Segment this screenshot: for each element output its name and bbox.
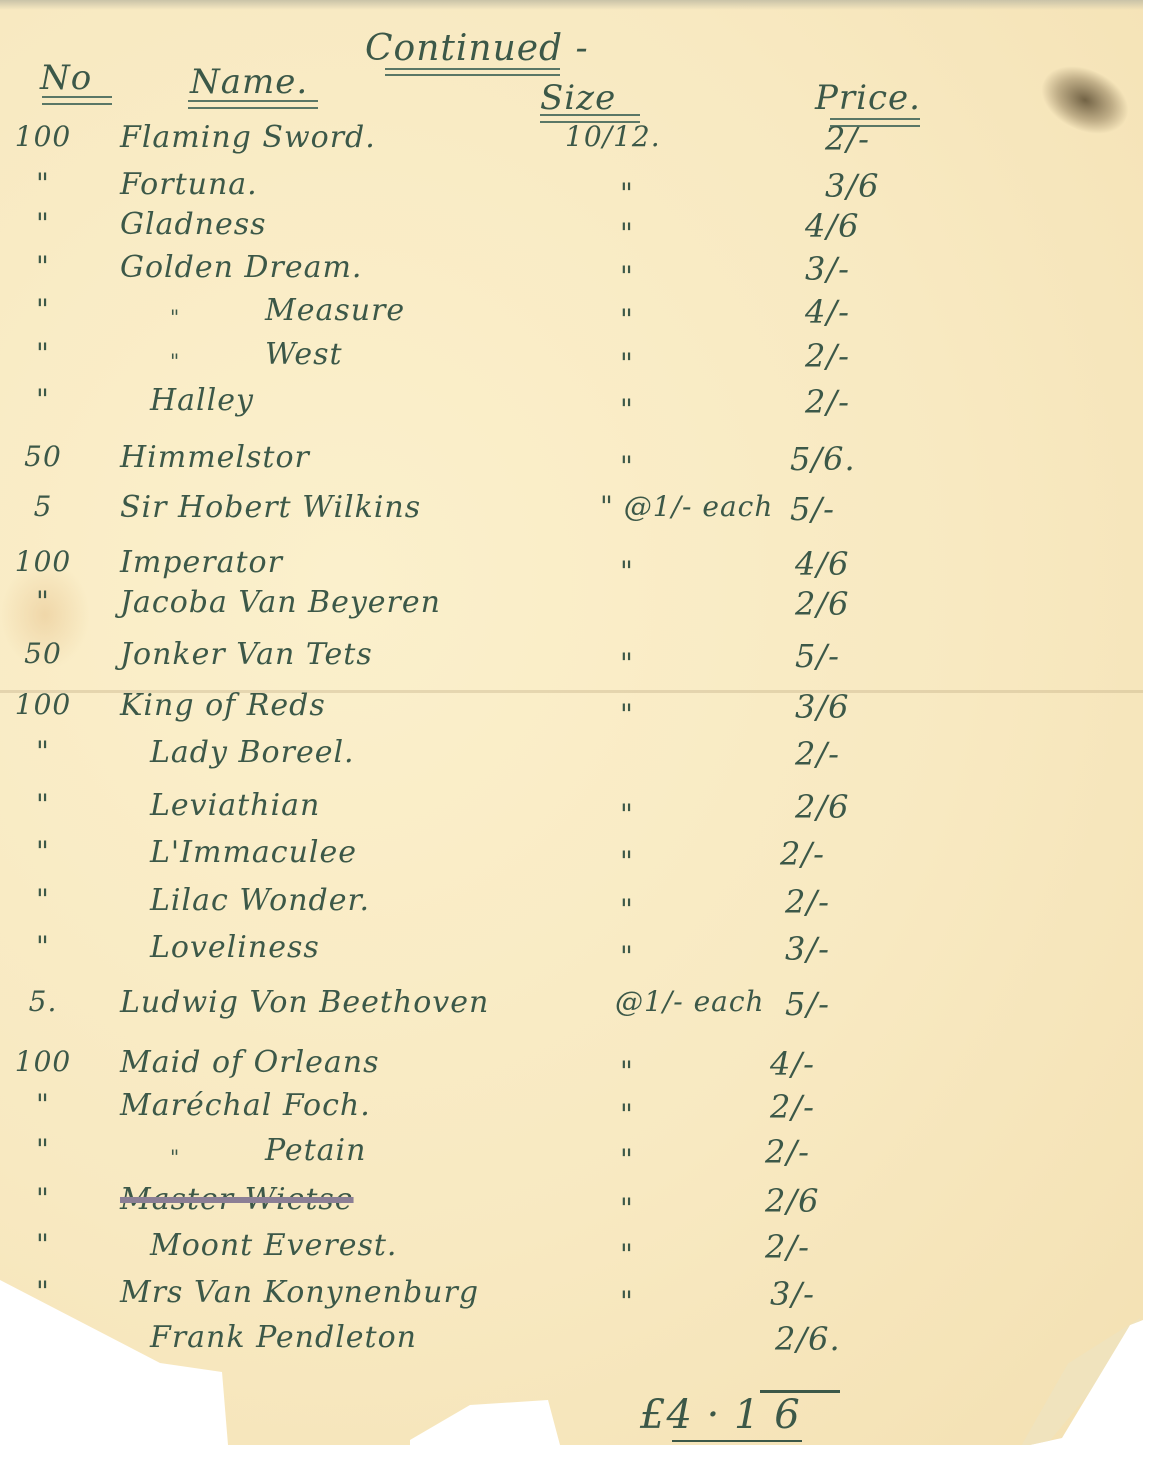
- row-price: 3/-: [785, 930, 830, 968]
- row-name: Gladness: [120, 207, 267, 242]
- row-size: ": [620, 450, 634, 483]
- scan-edge-shadow: [0, 0, 1150, 10]
- table-row: "Lady Boreel.2/-: [0, 735, 1150, 783]
- row-quantity: ": [8, 293, 78, 326]
- row-quantity: ": [8, 1320, 78, 1353]
- row-size: ": [620, 1285, 634, 1318]
- row-price: 3/-: [770, 1275, 815, 1313]
- row-quantity: ": [8, 1228, 78, 1261]
- row-name: Flaming Sword.: [120, 120, 376, 155]
- row-price: 2/-: [805, 337, 850, 375]
- row-name: West: [265, 337, 343, 372]
- paper-sheet: Continued - No Name. Size Price. 100Flam…: [0, 0, 1150, 1458]
- row-size: ": [620, 347, 634, 380]
- row-size: ": [620, 555, 634, 588]
- row-size: ": [620, 1238, 634, 1271]
- row-quantity: ": [8, 1088, 78, 1121]
- row-size: ": [620, 260, 634, 293]
- row-price: 2/-: [780, 835, 825, 873]
- title-underline: [385, 68, 560, 76]
- row-name: Moont Everest.: [150, 1228, 397, 1263]
- row-quantity: 100: [8, 120, 78, 153]
- row-name: Lady Boreel.: [150, 735, 355, 770]
- table-row: "L'Immaculee"2/-: [0, 835, 1150, 883]
- table-row: "Loveliness"3/-: [0, 930, 1150, 978]
- table-row: "Jacoba Van Beyeren2/6: [0, 585, 1150, 633]
- row-size: ": [620, 940, 634, 973]
- name-ditto-mark: ": [170, 349, 180, 373]
- row-quantity: ": [8, 585, 78, 618]
- row-quantity: ": [8, 788, 78, 821]
- table-row: 5.Ludwig Von Beethoven@1/- each5/-: [0, 985, 1150, 1033]
- row-size: ": [620, 1192, 634, 1225]
- row-price: 2/-: [795, 735, 840, 773]
- table-row: "Moont Everest."2/-: [0, 1228, 1150, 1276]
- row-name: Jacoba Van Beyeren: [120, 585, 441, 620]
- header-price: Price.: [815, 78, 921, 118]
- row-size: ": [620, 893, 634, 926]
- row-quantity: ": [8, 930, 78, 963]
- row-quantity: 50: [8, 440, 78, 473]
- row-name: Sir Hobert Wilkins: [120, 490, 421, 525]
- row-name: Jonker Van Tets: [120, 637, 373, 672]
- row-name: Maréchal Foch.: [120, 1088, 371, 1123]
- table-row: "Mrs Van Konynenburg"3/-: [0, 1275, 1150, 1323]
- table-row: "Master Wietse"2/6: [0, 1182, 1150, 1230]
- grand-total: £4 · 1 6: [640, 1392, 801, 1438]
- row-price: 5/-: [790, 490, 835, 528]
- row-name: Maid of Orleans: [120, 1045, 380, 1080]
- table-row: 100Maid of Orleans"4/-: [0, 1045, 1150, 1093]
- page-title: Continued -: [365, 28, 589, 69]
- row-quantity: ": [8, 250, 78, 283]
- row-price: 3/6: [795, 688, 850, 726]
- row-quantity: ": [8, 1275, 78, 1308]
- row-price: 2/6: [765, 1182, 820, 1220]
- row-quantity: ": [8, 883, 78, 916]
- row-size: ": [620, 647, 634, 680]
- row-quantity: ": [8, 735, 78, 768]
- header-size: Size: [540, 78, 616, 118]
- name-ditto-mark: ": [170, 305, 180, 329]
- row-name: Ludwig Von Beethoven: [120, 985, 489, 1020]
- header-name-underline: [188, 100, 318, 109]
- row-price: 5/6.: [790, 440, 856, 478]
- row-quantity: ": [8, 1133, 78, 1166]
- row-name: L'Immaculee: [150, 835, 357, 870]
- row-size: ": [620, 393, 634, 426]
- row-size: ": [620, 698, 634, 731]
- row-price: 2/-: [805, 383, 850, 421]
- row-size: 10/12.: [565, 120, 661, 153]
- table-row: "Gladness"4/6: [0, 207, 1150, 255]
- row-price: 2/-: [765, 1228, 810, 1266]
- table-row: "Lilac Wonder."2/-: [0, 883, 1150, 931]
- row-price: 2/6: [795, 585, 850, 623]
- total-underline: [672, 1440, 802, 1442]
- row-price: 4/6: [805, 207, 860, 245]
- row-name: Imperator: [120, 545, 283, 580]
- row-name: Lilac Wonder.: [150, 883, 370, 918]
- row-quantity: ": [8, 337, 78, 370]
- row-name: Leviathian: [150, 788, 320, 823]
- table-row: "Maréchal Foch."2/-: [0, 1088, 1150, 1136]
- header-no-underline: [42, 96, 112, 105]
- row-quantity: ": [8, 835, 78, 868]
- header-name: Name.: [190, 62, 308, 102]
- row-price: 2/-: [785, 883, 830, 921]
- row-price: 3/6: [825, 167, 880, 205]
- row-quantity: 100: [8, 1045, 78, 1078]
- row-quantity: 5: [8, 490, 78, 523]
- row-name: Loveliness: [150, 930, 320, 965]
- row-size: ": [620, 177, 634, 210]
- row-name: Mrs Van Konynenburg: [120, 1275, 479, 1310]
- row-size: ": [620, 303, 634, 336]
- table-row: ""Measure"4/-: [0, 293, 1150, 341]
- table-row: "Halley"2/-: [0, 383, 1150, 431]
- row-size: ": [620, 845, 634, 878]
- row-size: @1/- each: [615, 985, 765, 1018]
- row-name: Petain: [265, 1133, 366, 1168]
- row-quantity: 100: [8, 545, 78, 578]
- row-size: ": [620, 1098, 634, 1131]
- row-price: 2/-: [770, 1088, 815, 1126]
- row-name: King of Reds: [120, 688, 326, 723]
- row-size: " @1/- each: [600, 490, 773, 523]
- row-size: ": [620, 1055, 634, 1088]
- row-quantity: 100: [8, 688, 78, 721]
- row-quantity: ": [8, 383, 78, 416]
- row-price: 2/-: [765, 1133, 810, 1171]
- row-price: 4/-: [770, 1045, 815, 1083]
- table-row: ""West"2/-: [0, 337, 1150, 385]
- row-name: Frank Pendleton: [150, 1320, 417, 1355]
- row-name: Master Wietse: [120, 1182, 354, 1217]
- row-price: 2/6: [795, 788, 850, 826]
- row-quantity: ": [8, 1182, 78, 1215]
- row-price: 2/6.: [775, 1320, 841, 1358]
- row-name: Himmelstor: [120, 440, 310, 475]
- row-quantity: ": [8, 207, 78, 240]
- row-quantity: ": [8, 167, 78, 200]
- table-row: 5Sir Hobert Wilkins" @1/- each5/-: [0, 490, 1150, 538]
- row-price: 2/-: [825, 120, 870, 158]
- row-quantity: 50: [8, 637, 78, 670]
- table-row: "Leviathian"2/6: [0, 788, 1150, 836]
- row-name: Measure: [265, 293, 405, 328]
- row-name: Halley: [150, 383, 254, 418]
- table-row: 50Himmelstor"5/6.: [0, 440, 1150, 488]
- row-size: ": [620, 798, 634, 831]
- row-size: ": [620, 1143, 634, 1176]
- row-size: ": [620, 217, 634, 250]
- row-price: 4/6: [795, 545, 850, 583]
- table-row: 100King of Reds"3/6: [0, 688, 1150, 736]
- table-row: "Golden Dream."3/-: [0, 250, 1150, 298]
- name-ditto-mark: ": [170, 1145, 180, 1169]
- row-quantity: 5.: [8, 985, 78, 1018]
- row-name: Golden Dream.: [120, 250, 362, 285]
- row-price: 5/-: [785, 985, 830, 1023]
- table-row: 100Flaming Sword.10/12.2/-: [0, 120, 1150, 168]
- table-row: "Frank Pendleton2/6.: [0, 1320, 1150, 1368]
- row-price: 3/-: [805, 250, 850, 288]
- table-row: 50Jonker Van Tets"5/-: [0, 637, 1150, 685]
- table-row: ""Petain"2/-: [0, 1133, 1150, 1181]
- row-price: 5/-: [795, 637, 840, 675]
- row-price: 4/-: [805, 293, 850, 331]
- header-no: No: [40, 58, 92, 98]
- row-name: Fortuna.: [120, 167, 258, 202]
